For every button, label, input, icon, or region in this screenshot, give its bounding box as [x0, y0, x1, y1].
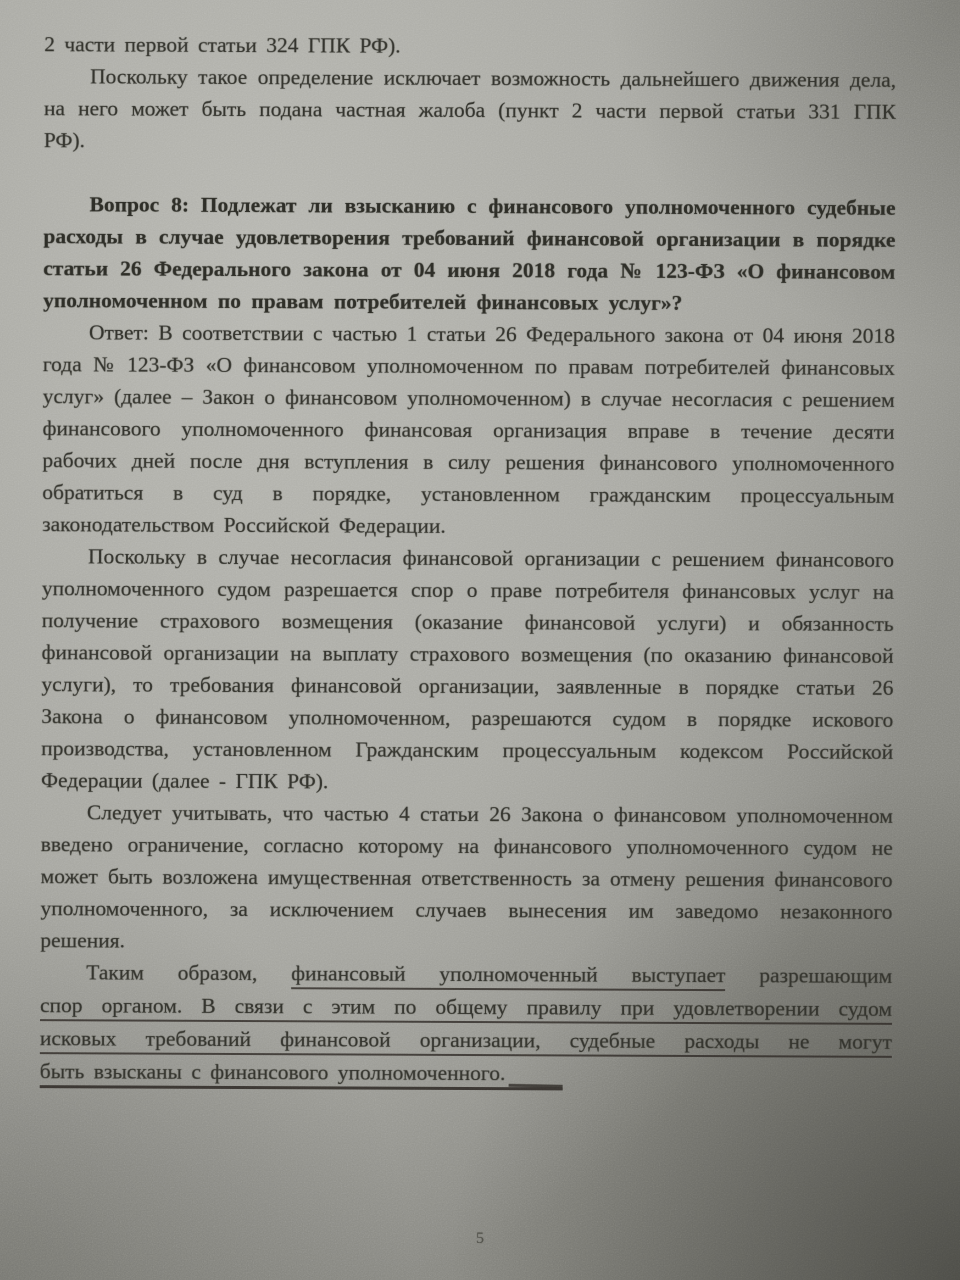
conclusion-line-1-tail: разрешающим — [759, 963, 892, 988]
page-number: 5 — [0, 1230, 960, 1248]
conclusion-line-1: Таким образом, финансовый уполномоченный… — [40, 956, 892, 993]
conclusion-line-4: быть взысканы с финансового уполномоченн… — [40, 1055, 892, 1092]
paragraph-fragment-gpk-324: 2 части первой статьи 324 ГПК РФ). — [44, 28, 896, 64]
paragraph-question-8: Вопрос 8: Подлежат ли взысканию с финанс… — [43, 188, 896, 320]
paragraph-conclusion: Таким образом, финансовый уполномоченный… — [40, 956, 893, 1092]
paragraph-private-complaint: Поскольку такое определение исключает во… — [44, 60, 896, 160]
pen-underlined-text: быть взысканы с финансового уполномоченн… — [40, 1059, 563, 1090]
paragraph-answer-part-1: Ответ: В соответствии с частью 1 статьи … — [42, 316, 895, 544]
conclusion-line-2: спор органом. В связи с этим по общему п… — [40, 989, 892, 1026]
paragraph-answer-part-2: Поскольку в случае несогласия финансовой… — [41, 540, 894, 800]
pen-underlined-text: исковых требований финансовой организаци… — [40, 1026, 892, 1058]
conclusion-line-3: исковых требований финансовой организаци… — [40, 1022, 892, 1059]
conclusion-line-1-plain: Таким образом, — [86, 960, 257, 985]
paragraph-answer-part-3: Следует учитывать, что частью 4 статьи 2… — [40, 796, 893, 960]
pen-underlined-text: спор органом. В связи с этим по общему п… — [40, 993, 892, 1025]
scanned-document-page: 2 части первой статьи 324 ГПК РФ). Поско… — [0, 0, 960, 1280]
pen-underlined-text: финансовый уполномоченный выступает — [291, 961, 725, 991]
document-text-block: 2 части первой статьи 324 ГПК РФ). Поско… — [40, 28, 897, 1092]
conclusion-line-4-text: быть взысканы с финансового уполномоченн… — [40, 1059, 563, 1085]
